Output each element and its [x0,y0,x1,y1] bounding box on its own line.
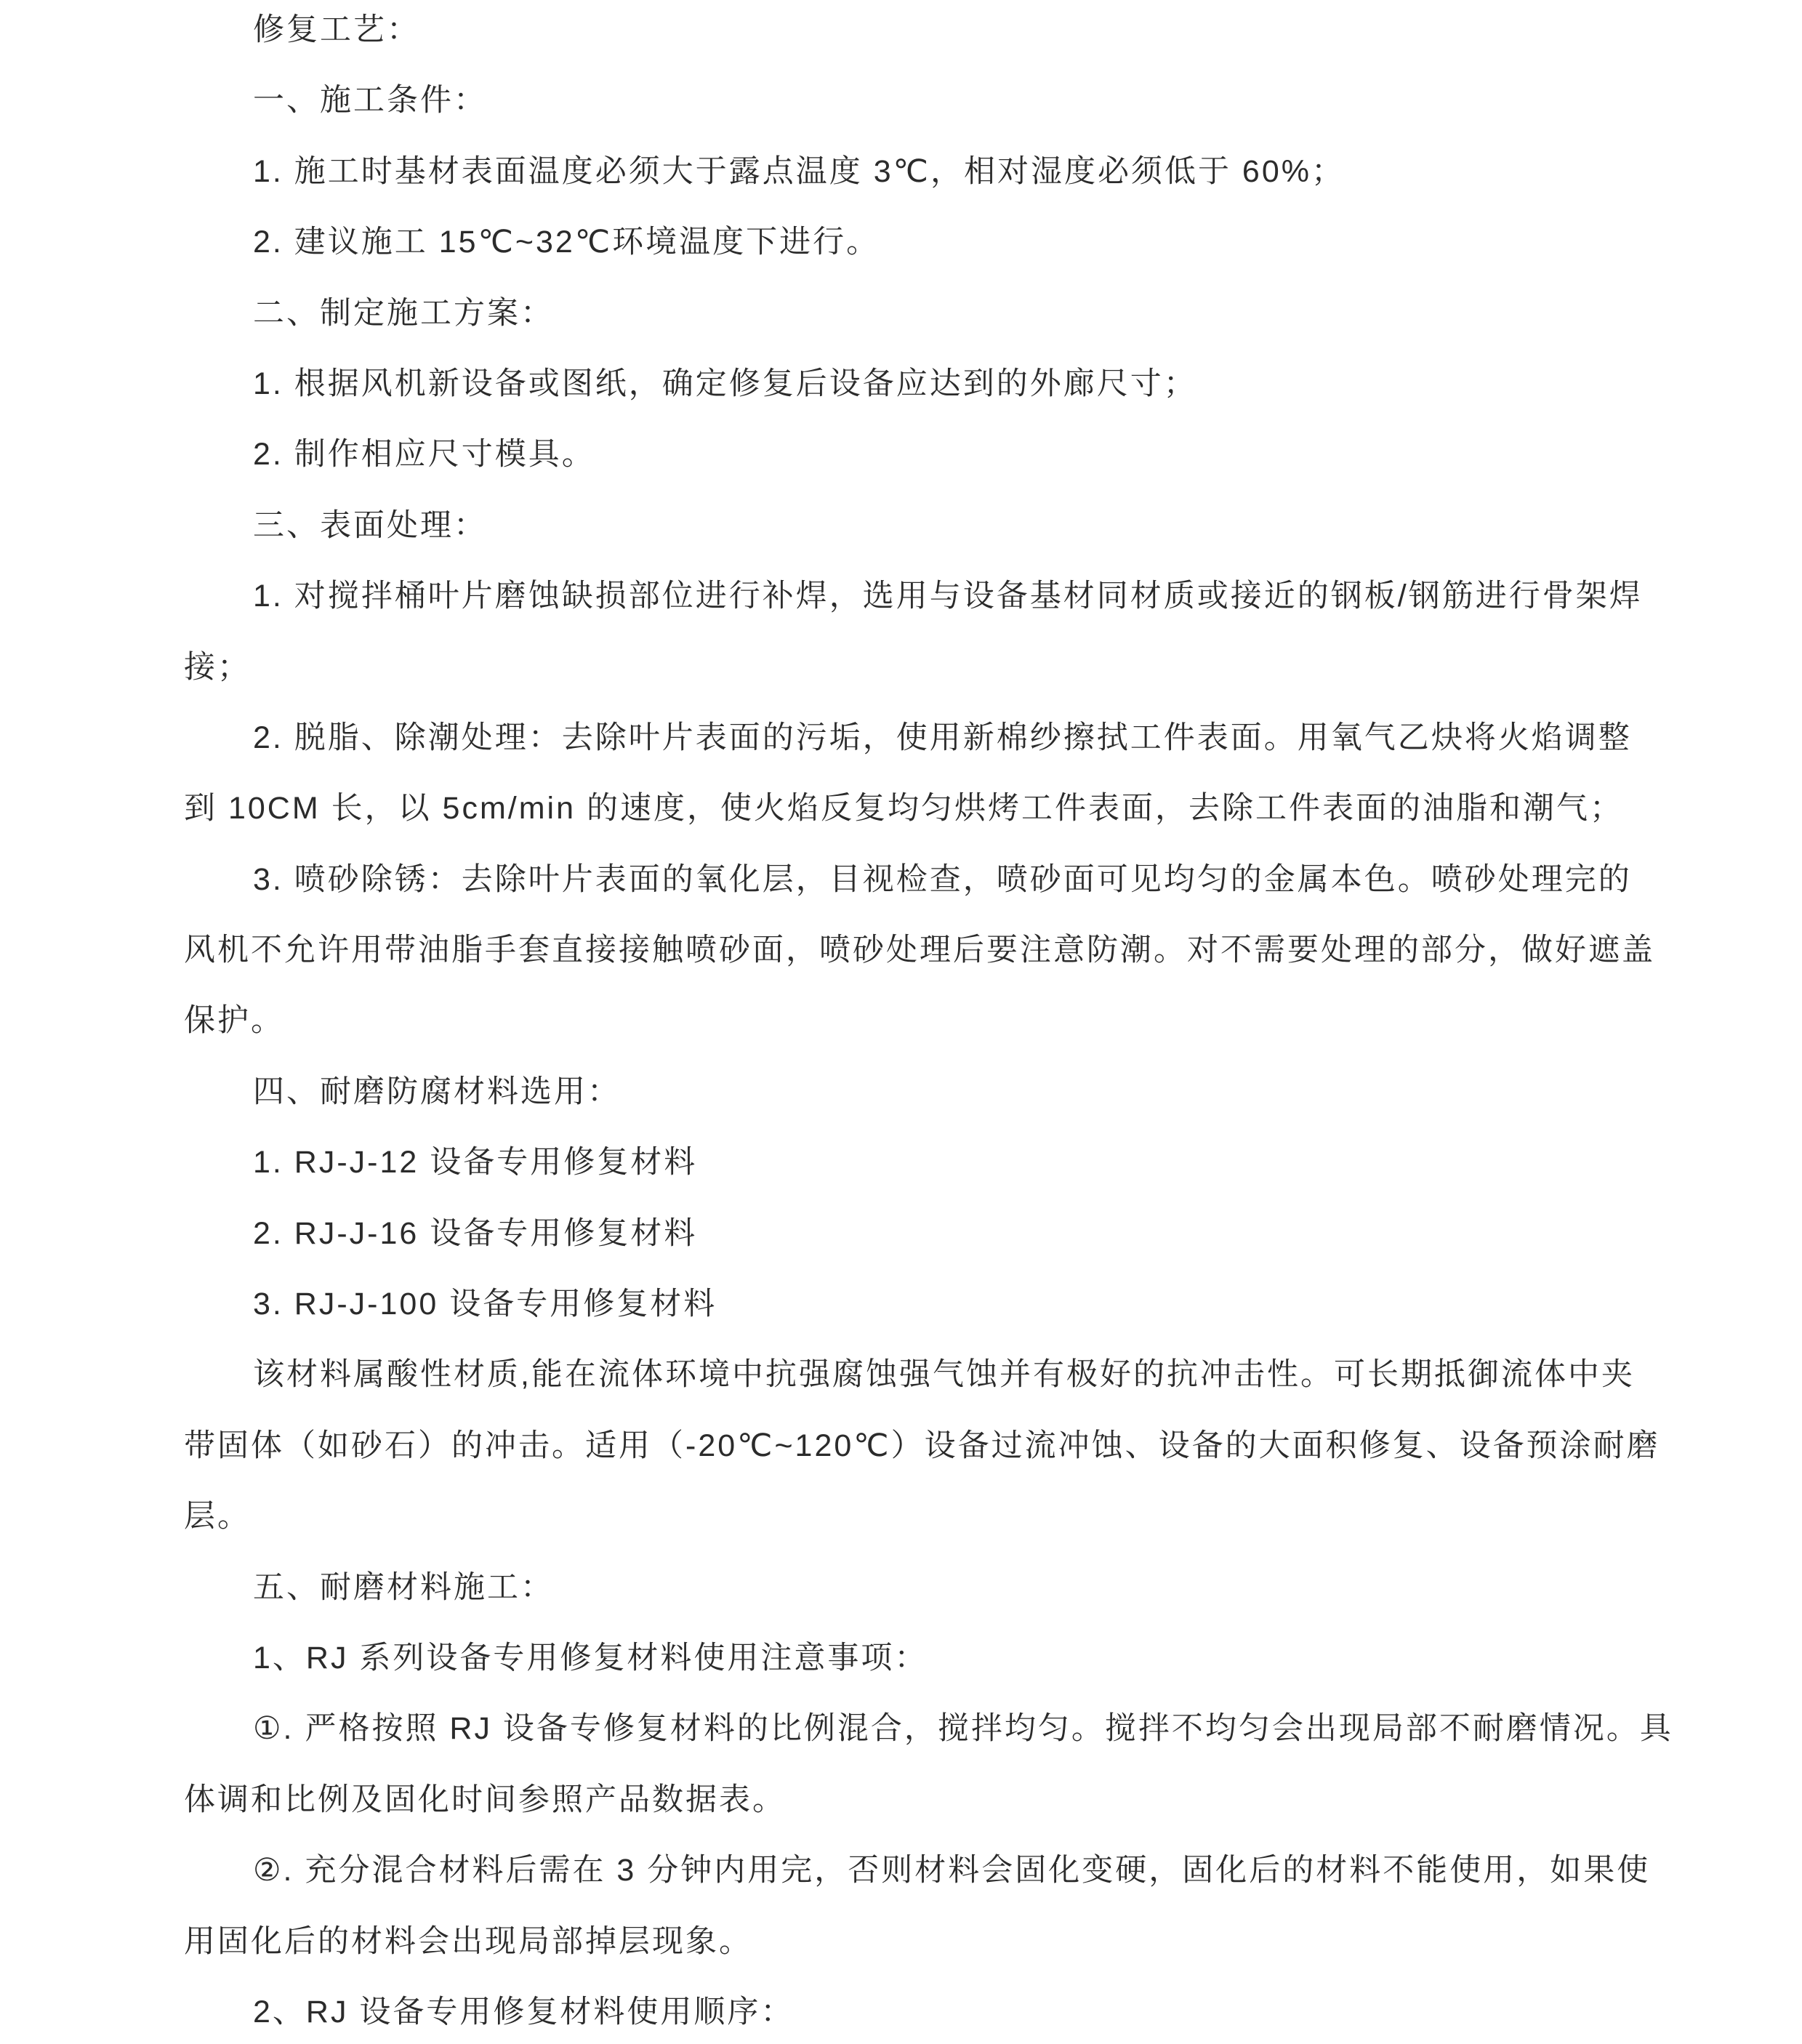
section-heading-3: 三、表面处理： [184,491,1645,561]
surface-step-3-line-2: 风机不允许用带油脂手套直接接触喷砂面，喷砂处理后要注意防潮。对不需要处理的部分，… [184,915,1645,986]
material-item-2: 2. RJ-J-16 设备专用修复材料 [184,1199,1645,1269]
condition-item-2: 2. 建议施工 15℃~32℃环境温度下进行。 [184,207,1645,278]
plan-item-1: 1. 根据风机新设备或图纸，确定修复后设备应达到的外廊尺寸； [184,349,1645,419]
note-2-line-2: 用固化后的材料会出现局部掉层现象。 [184,1907,1645,1977]
material-desc-line-2: 带固体（如砂石）的冲击。适用（-20℃~120℃）设备过流冲蚀、设备的大面积修复… [184,1411,1645,1481]
plan-item-2: 2. 制作相应尺寸模具。 [184,419,1645,490]
document-body: 修复工艺： 一、施工条件： 1. 施工时基材表面温度必须大于露点温度 3℃，相对… [184,0,1645,2044]
surface-step-3-line-3: 保护。 [184,986,1645,1056]
material-item-1: 1. RJ-J-12 设备专用修复材料 [184,1127,1645,1198]
condition-item-1: 1. 施工时基材表面温度必须大于露点温度 3℃，相对湿度必须低于 60%； [184,137,1645,207]
section-heading-4: 四、耐磨防腐材料选用： [184,1057,1645,1127]
section-heading-1: 一、施工条件： [184,65,1645,136]
material-item-3: 3. RJ-J-100 设备专用修复材料 [184,1269,1645,1340]
surface-step-3-line-1: 3. 喷砂除锈：去除叶片表面的氧化层，目视检查，喷砂面可见均匀的金属本色。喷砂处… [184,845,1645,915]
note-2-line-1: ②. 充分混合材料后需在 3 分钟内用完，否则材料会固化变硬，固化后的材料不能使… [184,1835,1645,1906]
surface-step-2-line-1: 2. 脱脂、除潮处理：去除叶片表面的污垢，使用新棉纱擦拭工件表面。用氧气乙炔将火… [184,703,1645,773]
note-1-line-2: 体调和比例及固化时间参照产品数据表。 [184,1765,1645,1835]
subsection-heading-1: 1、RJ 系列设备专用修复材料使用注意事项： [184,1623,1645,1694]
surface-step-1-line-2: 接； [184,632,1645,703]
document-page: 修复工艺： 一、施工条件： 1. 施工时基材表面温度必须大于露点温度 3℃，相对… [0,0,1802,2044]
section-heading-2: 二、制定施工方案： [184,278,1645,349]
surface-step-2-line-2: 到 10CM 长，以 5cm/min 的速度，使火焰反复均匀烘烤工件表面，去除工… [184,773,1645,844]
material-desc-line-1: 该材料属酸性材质,能在流体环境中抗强腐蚀强气蚀并有极好的抗冲击性。可长期抵御流体… [184,1340,1645,1410]
section-heading-5: 五、耐磨材料施工： [184,1553,1645,1623]
doc-title-line: 修复工艺： [184,0,1645,65]
material-desc-line-3: 层。 [184,1481,1645,1552]
subsection-heading-2: 2、RJ 设备专用修复材料使用顺序： [184,1977,1645,2044]
note-1-line-1: ①. 严格按照 RJ 设备专修复材料的比例混合，搅拌均匀。搅拌不均匀会出现局部不… [184,1694,1645,1764]
surface-step-1-line-1: 1. 对搅拌桶叶片磨蚀缺损部位进行补焊，选用与设备基材同材质或接近的钢板/钢筋进… [184,561,1645,632]
